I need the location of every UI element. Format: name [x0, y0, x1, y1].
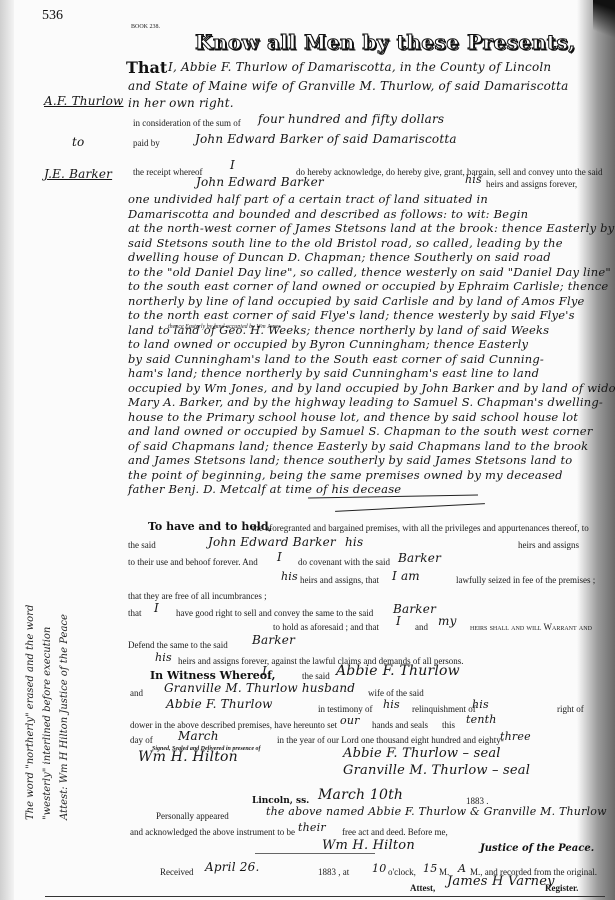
defend-to: Barker: [252, 633, 295, 647]
witness-signature: Wm H. Hilton: [138, 749, 238, 765]
margin-note: The word "northerly" erased and the word…: [22, 490, 73, 820]
description-line: father Benj. D. Metcalf at time of his d…: [128, 482, 578, 496]
right-that: that: [128, 608, 142, 618]
attest-label: Attest,: [410, 883, 435, 893]
signature-granville: Granville M. Thurlow – seal: [343, 763, 530, 778]
description-line: to land owned or occupied by Byron Cunni…: [128, 337, 578, 351]
justice-signature: Wm H. Hilton: [322, 838, 415, 853]
covenant-his: his: [281, 570, 298, 583]
description-line: house to the Primary school house lot, a…: [128, 410, 578, 424]
warrant-who: I: [396, 614, 401, 628]
document-title: Know all Men by these Presents,: [195, 30, 576, 54]
grantee-name: John Edward Barker: [196, 175, 324, 189]
dower-text: dower in the above described premises, h…: [130, 720, 337, 730]
appeared-label: Personally appeared: [156, 811, 229, 821]
paid-by-label: paid by: [133, 138, 160, 148]
received-label: Received: [160, 867, 193, 877]
right-who: I: [154, 601, 159, 615]
justice-title: Justice of the Peace.: [480, 843, 594, 854]
hold-text: to hold as aforesaid ; and that: [273, 622, 379, 632]
ack-date: March 10th: [318, 787, 403, 803]
right-of: right of: [557, 704, 584, 714]
book-spine-shadow: [593, 0, 615, 40]
paid-by-value: John Edward Barker of said Damariscotta: [195, 132, 457, 146]
description-line: to the south east corner of land owned o…: [128, 279, 578, 293]
description-line: and James Stetsons land; thence southerl…: [128, 453, 578, 467]
description-line: to the north east corner of said Flye's …: [128, 308, 578, 322]
description-line: dwelling house of Duncan D. Chapman; the…: [128, 250, 578, 264]
hands-seals: hands and seals: [372, 720, 428, 730]
appeared-value: the above named Abbie F. Thurlow & Granv…: [266, 805, 607, 818]
bottom-rule: [45, 896, 605, 897]
right-text: have good right to sell and convey the s…: [176, 608, 373, 618]
witness-signer: Abbie F. Thurlow: [336, 663, 460, 679]
relinquish-pronoun: his: [472, 698, 489, 711]
convey-text: do hereby acknowledge, do hereby give, g…: [296, 167, 603, 177]
that-label: That: [126, 58, 167, 77]
register-label: Register.: [545, 883, 578, 893]
margin-note-line-2: "westerly" interlined before execution: [39, 490, 56, 820]
signature-abbie: Abbie F. Thurlow – seal: [343, 746, 501, 761]
warrant-and: and: [415, 622, 428, 632]
use-text: to their use and behoof forever. And: [128, 557, 258, 567]
habendum-grantee: John Edward Barker: [208, 535, 336, 549]
witness-who: I: [262, 664, 267, 678]
receipt-label: the receipt whereof: [133, 167, 202, 177]
incumbrances-text: that they are free of all incumbrances ;: [128, 591, 267, 601]
page-number: 536: [42, 8, 63, 24]
received-year: 1883 , at: [318, 867, 349, 877]
witness-the-said: the said: [302, 671, 330, 681]
spouse-of: Abbie F. Thurlow: [166, 697, 273, 711]
year-text: in the year of our Lord one thousand eig…: [277, 735, 504, 745]
ack-pronoun: their: [298, 821, 326, 834]
heirs-that: heirs and assigns, that: [300, 575, 379, 585]
testimony-text: in testimony of: [318, 704, 373, 714]
description-line: northerly by line of land occupied by sa…: [128, 294, 578, 308]
heirs-text: heirs and assigns forever,: [486, 179, 577, 189]
testimony-pronoun: his: [383, 698, 400, 711]
witness-spouse: Granville M. Thurlow husband: [164, 681, 355, 695]
margin-note-line-1: The word "northerly" erased and the word: [22, 490, 39, 820]
description-line: at the north-west corner of James Stetso…: [128, 221, 578, 235]
description-line: by said Cunningham's land to the South e…: [128, 352, 578, 366]
habendum-the-said: the said: [128, 540, 156, 550]
seized-who: I am: [392, 569, 420, 583]
margin-grantee: J.E. Barker: [44, 167, 112, 181]
year-value: three: [500, 730, 531, 743]
month-value: March: [178, 729, 219, 743]
description-line: one undivided half part of a certain tra…: [128, 192, 578, 206]
description-line: occupied by Wm Jones, and by land occupi…: [128, 381, 578, 395]
received-date: April 26.: [205, 860, 259, 874]
covenant-text: do covenant with the said: [298, 557, 390, 567]
receipt-value: I: [230, 158, 235, 172]
description-line: the point of beginning, being the same p…: [128, 468, 578, 482]
page-edge-left: [0, 0, 14, 900]
description-line: ham's land; thence northerly by said Cun…: [128, 366, 578, 380]
habendum-heirs: heirs and assigns: [518, 540, 579, 550]
grantor-line-3: in her own right.: [128, 96, 234, 110]
description-line: said Stetsons south line to the old Bris…: [128, 236, 578, 250]
covenantor: I: [277, 550, 282, 564]
justice-signature-line: [255, 853, 375, 854]
wife-of-text: wife of the said: [368, 688, 424, 698]
this-label: this: [442, 720, 455, 730]
grantor-line-2: and State of Maine wife of Granville M. …: [128, 79, 568, 93]
margin-to: to: [72, 135, 84, 149]
received-hour: 10: [372, 862, 386, 875]
covenantee: Barker: [398, 551, 441, 565]
closing-flourish: [335, 503, 485, 512]
dower-our: our: [340, 714, 360, 727]
day-value: tenth: [466, 713, 497, 726]
deed-text: free act and deed. Before me,: [342, 827, 448, 837]
description-line: Damariscotta and bounded and described a…: [128, 207, 578, 221]
habendum-pronoun: his: [345, 535, 363, 549]
description-line: to the "old Daniel Day line", so called,…: [128, 265, 578, 279]
interlineation: thence Easterly by land occupied by Wm J…: [168, 324, 281, 330]
day-of: day of: [130, 735, 153, 745]
received-minutes: 15: [423, 862, 437, 875]
description-line: and land owned or occupied by Samuel S. …: [128, 424, 578, 438]
ack-text: and acknowledged the above instrument to…: [130, 827, 295, 837]
margin-grantor: A.F. Thurlow: [44, 94, 124, 108]
oclock-label: o'clock,: [388, 867, 416, 877]
register-signature: James H Varney: [447, 874, 555, 889]
consideration-label: in consideration of the sum of: [133, 118, 241, 128]
defend-his: his: [155, 651, 172, 664]
margin-note-line-3: Attest: Wm H Hilton Justice of the Peace: [56, 490, 73, 820]
defend-text: Defend the same to the said: [128, 640, 228, 650]
warrant-heirs: my: [438, 614, 457, 628]
grantee-pronoun: his: [465, 173, 482, 186]
description-line: of said Chapmans land; thence Easterly b…: [128, 439, 578, 453]
grantor-line-1: I, Abbie F. Thurlow of Damariscotta, in …: [168, 60, 551, 74]
seized-text: lawfully seized in fee of the premises ;: [456, 575, 595, 585]
habendum-text: the aforegranted and bargained premises,…: [252, 523, 589, 533]
witness-and: and: [130, 688, 143, 698]
consideration-value: four hundred and fifty dollars: [258, 112, 444, 126]
book-label: BOOK 238.: [131, 24, 160, 30]
warrant-text: heirs shall and will Warrant and: [470, 622, 592, 632]
description-line: Mary A. Barker, and by the highway leadi…: [128, 395, 578, 409]
